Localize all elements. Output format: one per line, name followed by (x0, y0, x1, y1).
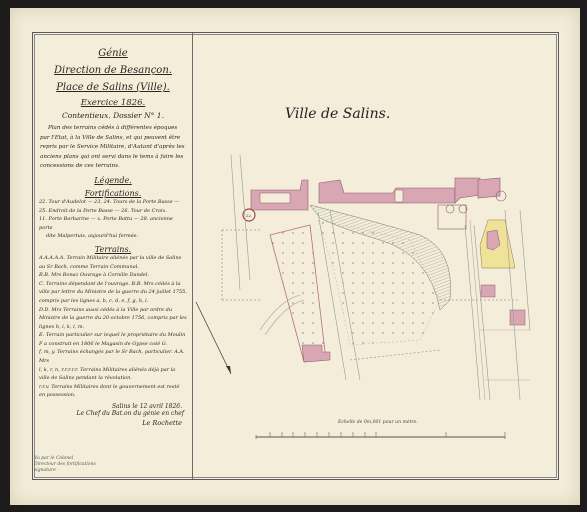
date-line: Salins le 12 avril 1826. (36, 403, 182, 410)
fortification-item: 22. Tour d'Audelot — 23, 24. Tours de la… (39, 198, 187, 207)
terrain-item: E. Terrain particulier sur lequel le pro… (39, 331, 187, 348)
north-arrow-icon (196, 302, 231, 374)
terrain-item: l, k, r, n, r.r.r.r.r. Terrains Militair… (39, 366, 187, 383)
building-lower (302, 345, 330, 362)
signature-title: Le Chef du Bat.on du génie en chef (36, 410, 184, 417)
scale-bar (256, 432, 505, 439)
terrain-c-left (270, 225, 326, 362)
legend-title: Légende. (36, 176, 190, 185)
header-dossier: Contentieux. Dossier N° 1. (36, 111, 190, 120)
fortifications-title: Fortifications. (36, 189, 190, 198)
plan-map: 22 (193, 33, 558, 479)
header-genie: Génie (36, 48, 190, 59)
plan-description: Plan des terrains cédés à différentes ép… (40, 124, 186, 172)
terrain-item: A.A.A.A.A. Terrain Militaire aliénés par… (39, 254, 187, 271)
terrain-item: f, m, y. Terrains échangés par le Sr Bac… (39, 348, 187, 365)
header-place: Place de Salins (Ville). (36, 82, 190, 93)
terrain-item: B.B. Mrs Bonaz Ouvrage à Cornille Dandel… (39, 271, 187, 280)
header-exercice: Exercice 1826. (36, 98, 190, 108)
building-g (481, 285, 495, 297)
tower-22-label: 22 (246, 213, 252, 218)
terrain-item: D.D. Mrs Terrains aussi cédés à la Ville… (39, 306, 187, 332)
signature-name: Le Rochette (36, 419, 182, 427)
legend-panel: Génie Direction de Besançon. Place de Sa… (36, 38, 190, 476)
left-annotation: Vu par le Colonel Directeur des fortific… (34, 456, 96, 474)
building-f (510, 310, 525, 325)
terrain-item: r.r.v. Terrains Militaires dont le gouve… (39, 383, 187, 400)
fortification-item: dite Malpertuis, aujourd'hui fermée. (46, 232, 187, 241)
fortification-item: 25. Endroit de la Porte Basse — 26. Tour… (39, 207, 187, 216)
fortification-item: 11. Porte Barbarine — x. Porte Battu — 2… (39, 215, 187, 232)
terrain-item: C. Terrains dépendant de l'ouvrage. B.B.… (39, 280, 187, 306)
terrains-title: Terrains. (36, 245, 190, 254)
scale-caption: Echelle de 0m,001 pour un mètre. (338, 420, 418, 425)
header-direction: Direction de Besançon. (36, 65, 190, 76)
annotation-line: signature (34, 468, 96, 474)
